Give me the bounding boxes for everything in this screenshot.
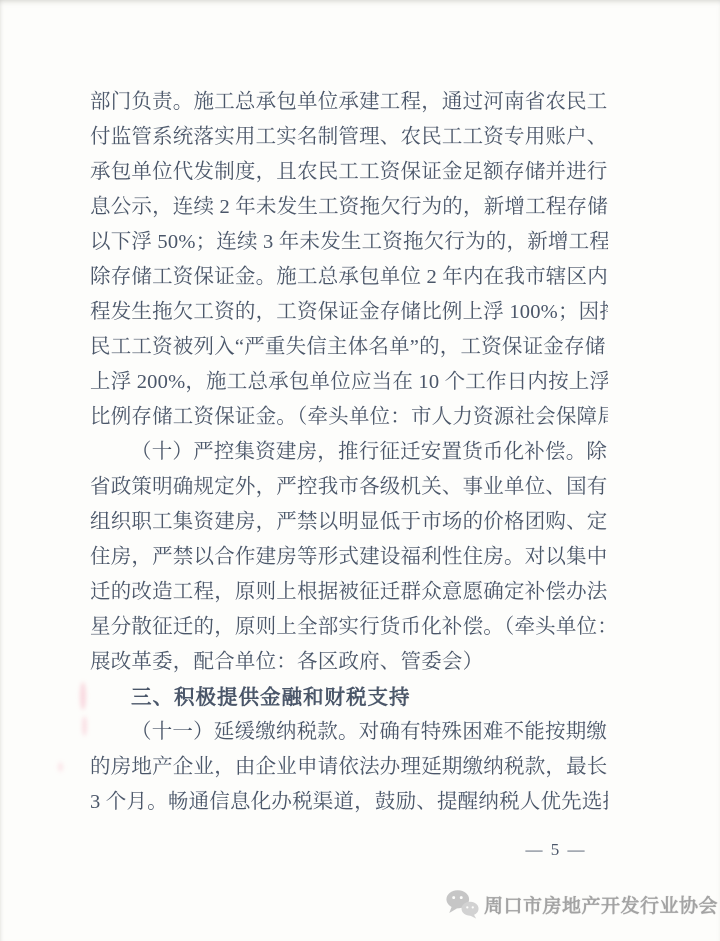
- scan-smudge: [82, 716, 87, 736]
- scan-smudge: [80, 682, 86, 710]
- text-line: 息公示，连续 2 年未发生工资拖欠行为的，新增工程存储比例可: [90, 190, 608, 225]
- text-line: 付监管系统落实用工实名制管理、农民工工资专用账户、施工总: [90, 120, 608, 155]
- text-line: 上浮 200%，施工总承包单位应当在 10 个工作日内按上浮的存储: [90, 365, 608, 400]
- document-page: 部门负责。施工总承包单位承建工程，通过河南省农民工工资支 付监管系统落实用工实名…: [0, 0, 720, 941]
- text-line: 承包单位代发制度，且农民工工资保证金足额存储并进行维权信: [90, 155, 608, 190]
- text-line: 3 个月。畅通信息化办税渠道，鼓励、提醒纳税人优先选择网上: [90, 785, 608, 820]
- section-heading: 三、积极提供金融和财税支持: [90, 680, 608, 715]
- text-line: 民工工资被列入“严重失信主体名单”的，工资保证金存储比例: [90, 330, 608, 365]
- text-line: 的房地产企业，由企业申请依法办理延期缴纳税款，最长不超过: [90, 750, 608, 785]
- text-line: 展改革委，配合单位：各区政府、管委会）: [90, 645, 608, 680]
- text-line: 组织职工集资建房，严禁以明显低于市场的价格团购、定向开发: [90, 505, 608, 540]
- text-line: 迁的改造工程，原则上根据被征迁群众意愿确定补偿办法；对零: [90, 575, 608, 610]
- paragraph-start-line: （十）严控集资建房，推行征迁安置货币化补偿。除国家、: [90, 435, 608, 470]
- wechat-icon: [445, 888, 479, 920]
- text-line: 住房，严禁以合作建房等形式建设福利性住房。对以集中连片征: [90, 540, 608, 575]
- text-line: 部门负责。施工总承包单位承建工程，通过河南省农民工工资支: [90, 85, 608, 120]
- text-line: 比例存储工资保证金。（牵头单位：市人力资源社会保障局）: [90, 400, 608, 435]
- text-line: 除存储工资保证金。施工总承包单位 2 年内在我市辖区内承建工: [90, 260, 608, 295]
- document-body: 部门负责。施工总承包单位承建工程，通过河南省农民工工资支 付监管系统落实用工实名…: [90, 85, 608, 820]
- text-line: 星分散征迁的，原则上全部实行货币化补偿。（牵头单位：市发: [90, 610, 608, 645]
- text-line: 省政策明确规定外，严控我市各级机关、事业单位、国有企业等: [90, 470, 608, 505]
- footer-watermark: 周口市房地产开发行业协会: [445, 888, 718, 920]
- text-line: 程发生拖欠工资的，工资保证金存储比例上浮 100%；因拖欠农: [90, 295, 608, 330]
- scan-smudge: [58, 762, 63, 772]
- footer-org-name: 周口市房地产开发行业协会: [484, 891, 718, 918]
- text-line: 以下浮 50%；连续 3 年未发生工资拖欠行为的，新增工程可以免: [90, 225, 608, 260]
- paragraph-start-line: （十一）延缓缴纳税款。对确有特殊困难不能按期缴纳税款: [90, 715, 608, 750]
- page-number: — 5 —: [500, 840, 612, 860]
